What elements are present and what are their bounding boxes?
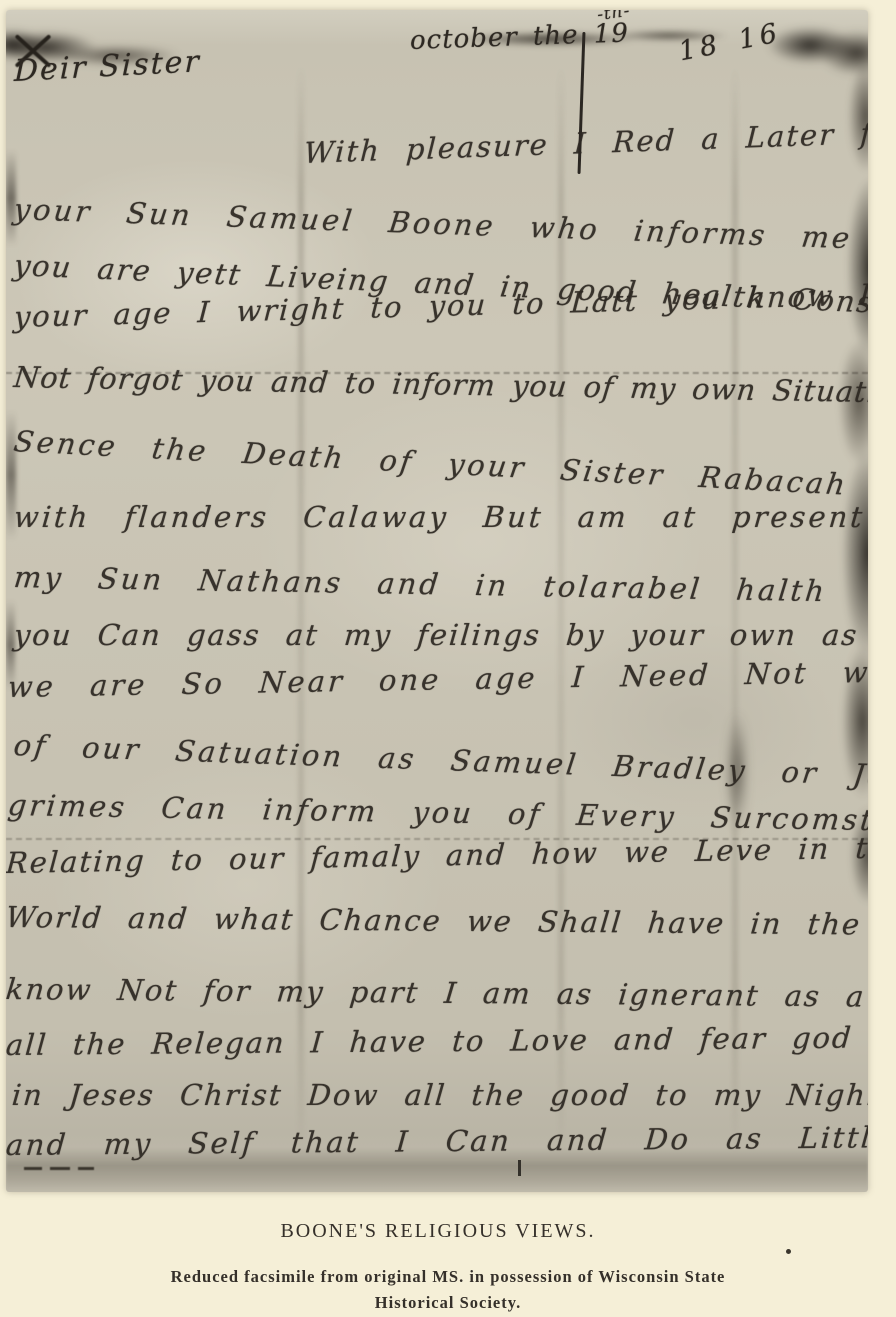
ink-dot — [786, 1249, 791, 1254]
caption-title: BOONE'S RELIGIOUS VIEWS. — [0, 1220, 876, 1243]
letter-line: we are So Near one age I Need Not write … — [7, 652, 868, 704]
letter-facsimile: october the 19 -th- 18 16 Deir Sister Wi… — [6, 10, 868, 1192]
letter-date-year: 18 16 — [676, 17, 783, 67]
caption-credit-line-1: Reduced facsimile from original MS. in p… — [0, 1264, 896, 1290]
letter-line: With pleasure I Red a Later from — [303, 114, 868, 170]
letter-line: Relating to our famaly and how we Leve i… — [6, 829, 868, 880]
letter-line: of our Satuation as Samuel Bradley or Ja… — [12, 728, 868, 795]
letter-date: october the 19 -th- 18 16 — [409, 18, 629, 56]
letter-salutation: Deir Sister — [14, 44, 201, 89]
letter-line: your Sun Samuel Boone who informs me tha… — [12, 192, 868, 259]
letter-line: know Not for my part I am as ignerant as… — [6, 972, 868, 1014]
letter-line: and my Self that I Can and Do as Little … — [6, 1119, 868, 1162]
letter-line: World and what Chance we Shall have in t… — [6, 900, 868, 943]
caption-credit: Reduced facsimile from original MS. in p… — [0, 1264, 896, 1315]
letter-line: all the Relegan I have to Love and fear … — [6, 1019, 868, 1062]
pen-tick-bottom — [518, 1160, 521, 1176]
letter-date-main: october the 19 — [409, 18, 629, 56]
letter-line: Sence the Death of your Sister Rabacah I… — [12, 424, 868, 510]
pen-dash-bottom-left — [24, 1167, 94, 1170]
letter-line: grimes Can inform you of Every Surcomsta… — [6, 788, 868, 838]
book-page: october the 19 -th- 18 16 Deir Sister Wi… — [0, 0, 896, 1317]
letter-line: you Can gass at my feilings by your own … — [13, 618, 860, 652]
caption-credit-line-2: Historical Society. — [0, 1290, 896, 1316]
letter-line: my Sun Nathans and in tolarabel halth — [12, 560, 829, 608]
letter-line: in Jeses Christ Dow all the good to my N… — [11, 1078, 868, 1112]
letter-line: Not forgot you and to inform you of my o… — [12, 360, 868, 410]
letter-line: with flanders Calaway But am at present … — [13, 500, 868, 534]
